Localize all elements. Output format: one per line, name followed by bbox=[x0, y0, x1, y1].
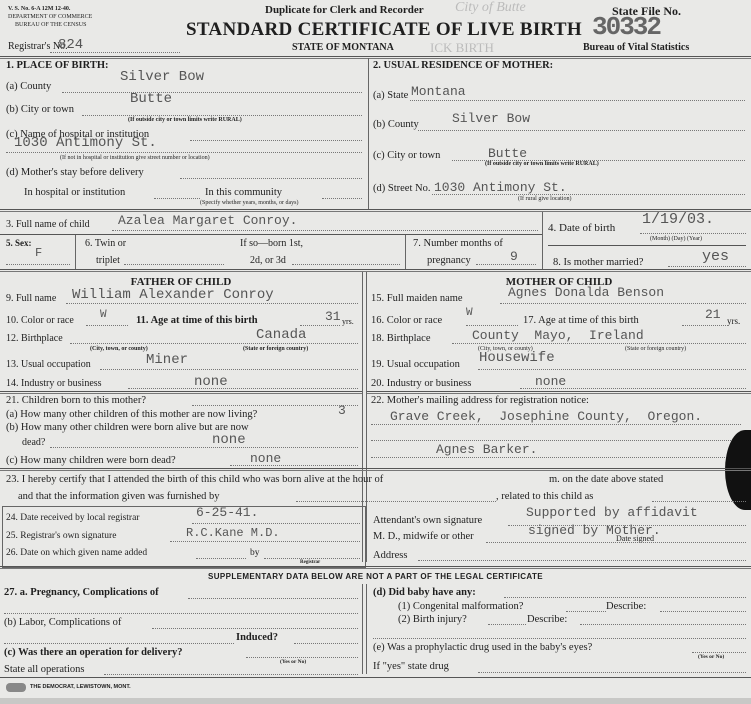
date-of-birth: 1/19/03. bbox=[642, 211, 714, 228]
mother-married: yes bbox=[702, 248, 729, 265]
res-state: Montana bbox=[411, 84, 466, 99]
father-race: W bbox=[100, 309, 107, 321]
malformation-label: (1) Congenital malformation? bbox=[398, 601, 523, 612]
city-stamp: City of Butte bbox=[455, 0, 526, 16]
md-label: M. D., midwife or other bbox=[373, 531, 474, 542]
child-name-label: 3. Full name of child bbox=[6, 219, 90, 230]
pregnancy-label: pregnancy bbox=[427, 255, 471, 266]
mother-industry: none bbox=[535, 374, 566, 389]
address-label: Address bbox=[373, 550, 407, 561]
mother-name: Agnes Donalda Benson bbox=[508, 285, 664, 300]
printer-credit: THE DEMOCRAT, LEWISTOWN, MONT. bbox=[30, 684, 131, 690]
hospital-note: (If not in hospital or institution give … bbox=[60, 155, 210, 161]
birth-county: Silver Bow bbox=[120, 69, 204, 85]
father-age-unit: yrs. bbox=[342, 317, 354, 326]
registrar-signature-label: 25. Registrar's own signature bbox=[6, 531, 116, 541]
mother-birthplace: County Mayo, Ireland bbox=[472, 328, 644, 343]
res-state-label: (a) State bbox=[373, 90, 408, 101]
prophylactic-label: (e) Was a prophylactic drug used in the … bbox=[373, 642, 592, 653]
children-dead: none bbox=[212, 432, 246, 448]
received-label: 24. Date received by local registrar bbox=[6, 513, 139, 523]
pregnancy-months: 9 bbox=[510, 249, 518, 264]
father-birthplace: Canada bbox=[256, 327, 306, 343]
city-label: (b) City or town bbox=[6, 104, 74, 115]
child-sex: F bbox=[35, 246, 42, 260]
yes-no-note: (Yes or No) bbox=[280, 659, 306, 665]
res-street-note: (If rural give location) bbox=[518, 196, 571, 202]
certification-line2: and that the information given was furni… bbox=[18, 491, 220, 502]
stillborn-label: (c) How many children were born dead? bbox=[6, 455, 176, 466]
father-occupation: Miner bbox=[146, 352, 188, 368]
res-county: Silver Bow bbox=[452, 111, 530, 126]
res-street: 1030 Antimony St. bbox=[434, 180, 567, 195]
drug-label: If "yes" state drug bbox=[373, 661, 449, 672]
yes-no-note2: (Yes or No) bbox=[698, 654, 724, 660]
mother-name-label: 15. Full maiden name bbox=[371, 293, 463, 304]
state-label: STATE OF MONTANA bbox=[292, 42, 394, 53]
born-order-label: If so—born 1st, bbox=[240, 238, 303, 249]
induced-label: Induced? bbox=[236, 632, 278, 643]
by-label: by bbox=[250, 548, 260, 558]
mother-occupation-label: 19. Usual occupation bbox=[371, 359, 460, 370]
describe1-label: Describe: bbox=[606, 601, 646, 612]
certification-line2b: , related to this child as bbox=[496, 491, 593, 502]
mother-occupation: Housewife bbox=[479, 350, 555, 366]
months-label: 7. Number months of bbox=[413, 238, 503, 249]
mother-birthplace-label: 18. Birthplace bbox=[371, 333, 430, 344]
father-age: 31 bbox=[325, 309, 341, 324]
birth-injury-label: (2) Birth injury? bbox=[398, 614, 467, 625]
registrar-signature: R.C.Kane M.D. bbox=[186, 526, 280, 540]
given-name-label: 26. Date on which given name added bbox=[6, 548, 147, 558]
birth-certificate: V. S. No. 6-A 12M 12-40. DEPARTMENT OF C… bbox=[0, 0, 751, 704]
mother-race-label: 16. Color or race bbox=[371, 315, 442, 326]
born-order-label2: 2d, or 3d bbox=[250, 255, 286, 266]
residence-heading: 2. USUAL RESIDENCE OF MOTHER: bbox=[373, 60, 553, 71]
county-label: (a) County bbox=[6, 81, 51, 92]
union-label-icon bbox=[6, 683, 26, 692]
twin-label: 6. Twin or bbox=[85, 238, 126, 249]
describe2-label: Describe: bbox=[527, 614, 567, 625]
certification-line1b: m. on the date above stated bbox=[549, 474, 663, 485]
certificate-title: STANDARD CERTIFICATE OF LIVE BIRTH bbox=[186, 19, 582, 41]
mother-race: W bbox=[466, 307, 473, 319]
supplementary-heading: SUPPLEMENTARY DATA BELOW ARE NOT A PART … bbox=[0, 572, 751, 581]
child-name: Azalea Margaret Conroy. bbox=[118, 213, 297, 228]
state-file-number: 30332 bbox=[592, 12, 660, 42]
married-label: 8. Is mother married? bbox=[553, 257, 643, 268]
father-name: William Alexander Conroy bbox=[72, 287, 274, 303]
operations-label: State all operations bbox=[4, 664, 84, 675]
father-race-label: 10. Color or race bbox=[6, 315, 74, 326]
father-birthplace-label: 12. Birthplace bbox=[6, 333, 63, 344]
triplet-label: triplet bbox=[96, 255, 120, 266]
form-number: V. S. No. 6-A 12M 12-40. bbox=[8, 6, 70, 12]
res-city-label: (c) City or town bbox=[373, 150, 440, 161]
stay-hospital-label: In hospital or institution bbox=[24, 187, 125, 198]
father-bp-note2: (State or foreign country) bbox=[243, 346, 308, 352]
operation-label: (c) Was there an operation for delivery? bbox=[4, 647, 182, 658]
mother-bp-note2: (State or foreign country) bbox=[625, 346, 686, 352]
res-county-label: (b) County bbox=[373, 119, 419, 130]
city-note: (If outside city or town limits write RU… bbox=[128, 117, 242, 123]
registrar-no: 824 bbox=[58, 37, 83, 53]
mailing-label: 22. Mother's mailing address for registr… bbox=[371, 395, 589, 406]
dob-note: (Month) (Day) (Year) bbox=[650, 236, 702, 242]
stay-note: (Specify whether years, months, or days) bbox=[200, 200, 298, 206]
children-stillborn: none bbox=[250, 451, 281, 466]
duplicate-label: Duplicate for Clerk and Recorder bbox=[265, 4, 424, 16]
mother-age: 21 bbox=[705, 307, 721, 322]
father-occupation-label: 13. Usual occupation bbox=[6, 359, 91, 370]
father-bp-note1: (City, town, or county) bbox=[90, 346, 148, 352]
registrar-note: Registrar bbox=[300, 560, 320, 565]
sex-label: 5. Sex: bbox=[6, 238, 32, 248]
birth-hospital: 1030 Antimony St. bbox=[14, 135, 157, 151]
father-age-label: 11. Age at time of this birth bbox=[136, 315, 258, 326]
children-living: 3 bbox=[338, 403, 346, 418]
attendant-signature: Supported by affidavit bbox=[526, 505, 698, 520]
mailing-address-line1: Grave Creek, Josephine County, Oregon. bbox=[390, 409, 702, 424]
mother-age-unit: yrs. bbox=[727, 316, 740, 326]
father-industry-label: 14. Industry or business bbox=[6, 378, 102, 389]
res-city: Butte bbox=[488, 146, 527, 161]
children-heading: 21. Children born to this mother? bbox=[6, 395, 146, 406]
birth-city: Butte bbox=[130, 91, 172, 107]
baby-any-label: (d) Did baby have any: bbox=[373, 587, 476, 598]
date-received: 6-25-41. bbox=[196, 505, 258, 520]
stay-label: (d) Mother's stay before delivery bbox=[6, 167, 144, 178]
mother-industry-label: 20. Industry or business bbox=[371, 378, 471, 389]
mother-age-label: 17. Age at time of this birth bbox=[523, 315, 639, 326]
dead-label2: dead? bbox=[22, 437, 45, 448]
stay-community-label: In this community bbox=[205, 187, 282, 198]
department: DEPARTMENT OF COMMERCE bbox=[8, 14, 92, 20]
birth-stamp: ICK BIRTH bbox=[430, 40, 494, 56]
attendant-signature-label: Attendant's own signature bbox=[373, 515, 482, 526]
bureau-vital: Bureau of Vital Statistics bbox=[583, 42, 689, 53]
living-label: (a) How many other children of this moth… bbox=[6, 409, 257, 420]
res-city-note: (If outside city or town limits write RU… bbox=[485, 161, 599, 167]
page-edge bbox=[0, 698, 751, 704]
bureau: BUREAU OF THE CENSUS bbox=[15, 22, 86, 28]
father-name-label: 9. Full name bbox=[6, 293, 56, 304]
certification-line1: 23. I hereby certify that I attended the… bbox=[6, 474, 383, 485]
res-street-label: (d) Street No. bbox=[373, 183, 430, 194]
place-of-birth-heading: 1. PLACE OF BIRTH: bbox=[6, 60, 109, 71]
labor-complications-label: (b) Labor, Complications of bbox=[4, 617, 121, 628]
dob-label: 4. Date of birth bbox=[548, 222, 615, 234]
pregnancy-complications-label: 27. a. Pregnancy, Complications of bbox=[4, 587, 159, 598]
mailing-address-line2: Agnes Barker. bbox=[436, 442, 537, 457]
